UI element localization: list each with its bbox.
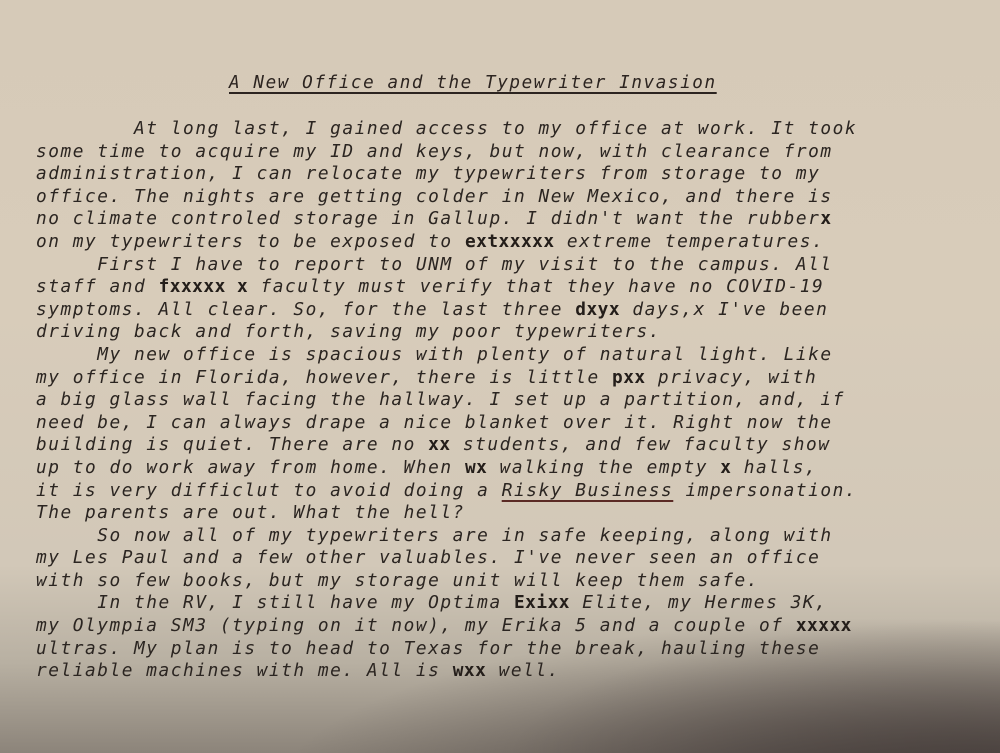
struck-out-text: fxxxxx x xyxy=(159,276,249,297)
struck-out-text: pxx xyxy=(612,367,646,388)
text-segment: driving back and forth, saving my poor t… xyxy=(36,321,661,342)
text-segment: with so few books, but my storage unit w… xyxy=(36,570,759,591)
text-line: up to do work away from home. When wx wa… xyxy=(36,457,976,480)
struck-out-text: wxx xyxy=(453,660,487,681)
document-title: A New Office and the Typewriter Invasion xyxy=(229,73,717,93)
text-line: my Olympia SM3 (typing on it now), my Er… xyxy=(36,615,976,638)
text-segment: some time to acquire my ID and keys, but… xyxy=(36,141,833,162)
typewritten-page: A New Office and the Typewriter Invasion… xyxy=(0,0,1000,753)
text-line: office. The nights are getting colder in… xyxy=(36,186,976,209)
text-line: My new office is spacious with plenty of… xyxy=(36,344,976,367)
text-segment: privacy, with xyxy=(646,367,818,388)
text-segment: The parents are out. What the hell? xyxy=(36,502,465,523)
text-segment: my Les Paul and a few other valuables. I… xyxy=(36,547,820,568)
struck-out-text: x xyxy=(820,208,831,229)
text-line: administration, I can relocate my typewr… xyxy=(36,163,976,186)
text-segment: Elite, my Hermes 3K, xyxy=(570,592,827,613)
text-segment: My new office is spacious with plenty of… xyxy=(36,344,833,365)
struck-out-text: Exixx xyxy=(514,592,570,613)
text-segment: ultras. My plan is to head to Texas for … xyxy=(36,638,820,659)
struck-out-text: xxxxx xyxy=(796,615,852,636)
text-segment: extreme temperatures. xyxy=(555,231,825,252)
text-line: need be, I can always drape a nice blank… xyxy=(36,412,976,435)
text-line: The parents are out. What the hell? xyxy=(36,502,976,525)
text-line: symptoms. All clear. So, for the last th… xyxy=(36,299,976,322)
text-segment: reliable machines with me. All is xyxy=(36,660,453,681)
text-line: it is very difficlut to avoid doing a Ri… xyxy=(36,480,976,503)
text-segment: no climate controled storage in Gallup. … xyxy=(36,208,820,229)
text-line: my office in Florida, however, there is … xyxy=(36,367,976,390)
struck-out-text: xx xyxy=(428,434,450,455)
text-segment: it is very difficlut to avoid doing a xyxy=(36,480,502,501)
struck-out-text: wx xyxy=(465,457,487,478)
text-line: on my typewriters to be exposed to extxx… xyxy=(36,231,976,254)
struck-out-text: x xyxy=(720,457,731,478)
underlined-text: Risky Business xyxy=(502,480,674,501)
text-line: my Les Paul and a few other valuables. I… xyxy=(36,547,976,570)
text-segment: a big glass wall facing the hallway. I s… xyxy=(36,389,845,410)
text-line: ultras. My plan is to head to Texas for … xyxy=(36,638,976,661)
text-segment: staff and xyxy=(36,276,159,297)
text-line: staff and fxxxxx x faculty must verify t… xyxy=(36,276,976,299)
text-line: building is quiet. There are no xx stude… xyxy=(36,434,976,457)
text-line: a big glass wall facing the hallway. I s… xyxy=(36,389,976,412)
text-segment: up to do work away from home. When xyxy=(36,457,465,478)
text-line: with so few books, but my storage unit w… xyxy=(36,570,976,593)
text-line: some time to acquire my ID and keys, but… xyxy=(36,141,976,164)
text-segment: need be, I can always drape a nice blank… xyxy=(36,412,833,433)
text-segment: In the RV, I still have my Optima xyxy=(36,592,514,613)
text-segment: students, and few faculty show xyxy=(451,434,831,455)
text-line: reliable machines with me. All is wxx we… xyxy=(36,660,976,683)
text-line: First I have to report to UNM of my visi… xyxy=(36,254,976,277)
text-segment: well. xyxy=(486,660,560,681)
struck-out-text: extxxxxx xyxy=(465,231,555,252)
text-segment: At long last, I gained access to my offi… xyxy=(36,118,857,139)
text-segment: administration, I can relocate my typewr… xyxy=(36,163,820,184)
text-segment: walking the empty xyxy=(487,457,720,478)
text-line: So now all of my typewriters are in safe… xyxy=(36,525,976,548)
text-segment: impersonation. xyxy=(673,480,857,501)
text-segment: my office in Florida, however, there is … xyxy=(36,367,612,388)
text-segment: symptoms. All clear. So, for the last th… xyxy=(36,299,575,320)
text-segment: on my typewriters to be exposed to xyxy=(36,231,465,252)
document-body: At long last, I gained access to my offi… xyxy=(36,118,976,683)
text-line: no climate controled storage in Gallup. … xyxy=(36,208,976,231)
text-segment: faculty must verify that they have no CO… xyxy=(248,276,824,297)
text-segment: halls, xyxy=(731,457,817,478)
text-line: At long last, I gained access to my offi… xyxy=(36,118,976,141)
text-segment: So now all of my typewriters are in safe… xyxy=(36,525,833,546)
text-segment: office. The nights are getting colder in… xyxy=(36,186,833,207)
text-segment: days,x I've been xyxy=(620,299,828,320)
struck-out-text: dxyx xyxy=(575,299,620,320)
text-segment: First I have to report to UNM of my visi… xyxy=(36,254,833,275)
text-segment: my Olympia SM3 (typing on it now), my Er… xyxy=(36,615,796,636)
text-line: driving back and forth, saving my poor t… xyxy=(36,321,976,344)
text-segment: building is quiet. There are no xyxy=(36,434,428,455)
text-line: In the RV, I still have my Optima Exixx … xyxy=(36,592,976,615)
